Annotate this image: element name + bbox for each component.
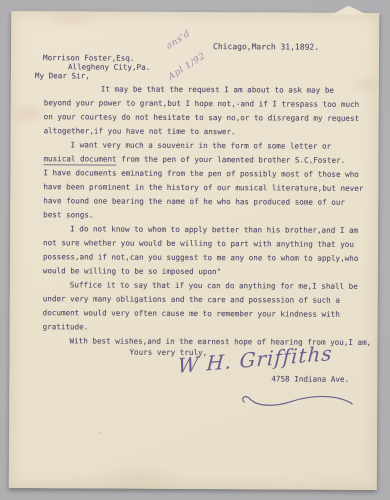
salutation: My Dear Sir, (35, 71, 90, 80)
annotation-date: Apl 1/92 (167, 52, 207, 82)
scanned-letter-photo: { "colors": { "background": "#aeadb0", "… (0, 0, 390, 500)
signature-address: 4758 Indiana Ave. (271, 374, 349, 383)
underlined-phrase: musical document (43, 154, 116, 165)
letter-body: It may be that the request I am about to… (42, 82, 363, 350)
paper-corner-fold (331, 6, 367, 15)
address-line-city: Allegheny City,Pa. (68, 62, 150, 71)
foxing-spot (99, 432, 101, 434)
annotation-answered: ans'd (165, 29, 193, 51)
address-line-recipient: Morrison Foster,Esq. (43, 53, 134, 62)
body-line: document would very often cause me to re… (43, 306, 363, 322)
letter-paper: ans'd Apl 1/92 Chicago,March 31,1892. Mo… (9, 11, 379, 490)
signature-flourish-icon (237, 393, 355, 410)
dateline: Chicago,March 31,1892. (213, 42, 319, 52)
body-line-rest: from the pen of your lamented brother S.… (117, 155, 346, 165)
